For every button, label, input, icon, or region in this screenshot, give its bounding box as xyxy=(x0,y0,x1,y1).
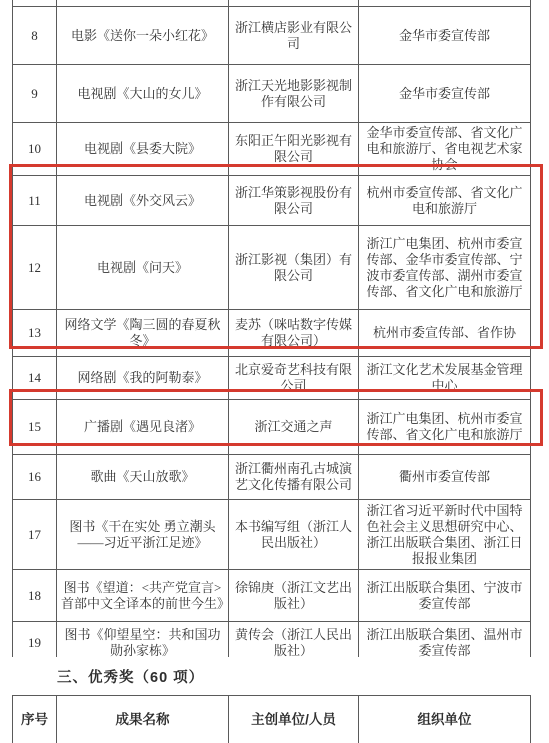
cell-no: 15 xyxy=(13,400,57,455)
table-row: 16 歌曲《天山放歌》 浙江衢州南孔古城演艺文化传播有限公司 衢州市委宣传部 xyxy=(13,455,531,500)
cell-org: 杭州市委宣传部、省作协 xyxy=(359,310,531,357)
cell-creator: 浙江衢州南孔古城演艺文化传播有限公司 xyxy=(229,455,359,500)
excellence-award-table: 序号 成果名称 主创单位/人员 组织单位 xyxy=(12,695,531,743)
table-row: 14 网络剧《我的阿勒泰》 北京爱奇艺科技有限公司 浙江文化艺术发展基金管理中心 xyxy=(13,357,531,400)
cell-creator: 东阳正午阳光影视有限公司 xyxy=(229,123,359,176)
table-row: 10 电视剧《县委大院》 东阳正午阳光影视有限公司 金华市委宣传部、省文化广电和… xyxy=(13,123,531,176)
cell-no: 10 xyxy=(13,123,57,176)
header-serial-number: 序号 xyxy=(13,696,57,743)
cell-creator: 徐锦庚（浙江文艺出版社） xyxy=(229,570,359,622)
cell-no: 11 xyxy=(13,176,57,226)
cell-no: 13 xyxy=(13,310,57,357)
cell-org: 浙江出版联合集团、宁波市委宣传部 xyxy=(359,570,531,622)
cell-creator: 浙江影视（集团）有限公司 xyxy=(229,226,359,310)
cell-work-name: 电视剧《外交风云》 xyxy=(57,176,229,226)
table-row-highlighted: 15 广播剧《遇见良渚》 浙江交通之声 浙江广电集团、杭州市委宣传部、省文化广电… xyxy=(13,400,531,455)
table-row: 19 图书《仰望星空：共和国功勋孙家栋》 黄传会（浙江人民出版社） 浙江出版联合… xyxy=(13,622,531,658)
cell-creator: 浙江天光地影影视制作有限公司 xyxy=(229,65,359,123)
table-row-highlighted: 11 电视剧《外交风云》 浙江华策影视股份有限公司 杭州市委宣传部、省文化广电和… xyxy=(13,176,531,226)
cell-org: 浙江文化艺术发展基金管理中心 xyxy=(359,357,531,400)
cell-creator: 本书编写组（浙江人民出版社） xyxy=(229,500,359,570)
cell-work-name: 广播剧《遇见良渚》 xyxy=(57,400,229,455)
cell-creator: 黄传会（浙江人民出版社） xyxy=(229,622,359,658)
section-heading-excellence-award: 三、优秀奖（60 项） xyxy=(57,666,204,687)
cell-org: 金华市委宣传部 xyxy=(359,7,531,65)
cell-creator: 浙江交通之声 xyxy=(229,400,359,455)
cell-work-name: 网络文学《陶三圆的春夏秋冬》 xyxy=(57,310,229,357)
cell-work-name: 图书《望道：<共产党宣言>首部中文全译本的前世今生》 xyxy=(57,570,229,622)
cell-org: 浙江省习近平新时代中国特色社会主义思想研究中心、浙江出版联合集团、浙江日报报业集… xyxy=(359,500,531,570)
cell-org: 浙江出版联合集团、温州市委宣传部 xyxy=(359,622,531,658)
cell-work-name: 电视剧《大山的女儿》 xyxy=(57,65,229,123)
table-row-highlighted: 13 网络文学《陶三圆的春夏秋冬》 麦苏（咪咕数字传媒有限公司） 杭州市委宣传部… xyxy=(13,310,531,357)
table-row: 17 图书《干在实处 勇立潮头——习近平浙江足迹》 本书编写组（浙江人民出版社）… xyxy=(13,500,531,570)
cell-work-name: 电视剧《问天》 xyxy=(57,226,229,310)
cell-creator: 麦苏（咪咕数字传媒有限公司） xyxy=(229,310,359,357)
cell-org: 浙江广电集团、杭州市委宣传部、金华市委宣传部、宁波市委宣传部、湖州市委宣传部、省… xyxy=(359,226,531,310)
cell-no: 12 xyxy=(13,226,57,310)
table-row: 18 图书《望道：<共产党宣言>首部中文全译本的前世今生》 徐锦庚（浙江文艺出版… xyxy=(13,570,531,622)
cell-no: 18 xyxy=(13,570,57,622)
document-page: { "colors":{"highlight_red":"#d53a2e","b… xyxy=(0,0,549,743)
cell-no: 16 xyxy=(13,455,57,500)
cell-org: 金华市委宣传部 xyxy=(359,65,531,123)
table-row-highlighted: 12 电视剧《问天》 浙江影视（集团）有限公司 浙江广电集团、杭州市委宣传部、金… xyxy=(13,226,531,310)
cell-work-name: 歌曲《天山放歌》 xyxy=(57,455,229,500)
table-row: 9 电视剧《大山的女儿》 浙江天光地影影视制作有限公司 金华市委宣传部 xyxy=(13,65,531,123)
table-header-row: 序号 成果名称 主创单位/人员 组织单位 xyxy=(13,696,531,743)
cell-work-name: 网络剧《我的阿勒泰》 xyxy=(57,357,229,400)
cell-no: 8 xyxy=(13,7,57,65)
awards-table-region: 8 电影《送你一朵小红花》 浙江横店影业有限公司 金华市委宣传部 9 电视剧《大… xyxy=(12,0,532,657)
header-organizing-unit: 组织单位 xyxy=(359,696,531,743)
cell-work-name: 电影《送你一朵小红花》 xyxy=(57,7,229,65)
cell-org: 浙江广电集团、杭州市委宣传部、省文化广电和旅游厅 xyxy=(359,400,531,455)
header-creator-unit: 主创单位/人员 xyxy=(229,696,359,743)
header-work-name: 成果名称 xyxy=(57,696,229,743)
awards-table: 8 电影《送你一朵小红花》 浙江横店影业有限公司 金华市委宣传部 9 电视剧《大… xyxy=(12,0,531,657)
cell-org: 杭州市委宣传部、省文化广电和旅游厅 xyxy=(359,176,531,226)
cell-work-name: 电视剧《县委大院》 xyxy=(57,123,229,176)
cell-creator: 北京爱奇艺科技有限公司 xyxy=(229,357,359,400)
cell-org: 金华市委宣传部、省文化广电和旅游厅、省电视艺术家协会 xyxy=(359,123,531,176)
cell-no: 9 xyxy=(13,65,57,123)
cell-creator: 浙江横店影业有限公司 xyxy=(229,7,359,65)
cell-creator: 浙江华策影视股份有限公司 xyxy=(229,176,359,226)
cell-work-name: 图书《仰望星空：共和国功勋孙家栋》 xyxy=(57,622,229,658)
cell-org: 衢州市委宣传部 xyxy=(359,455,531,500)
table-row: 8 电影《送你一朵小红花》 浙江横店影业有限公司 金华市委宣传部 xyxy=(13,7,531,65)
next-table-region: 序号 成果名称 主创单位/人员 组织单位 xyxy=(12,695,532,743)
cell-no: 19 xyxy=(13,622,57,658)
cell-no: 17 xyxy=(13,500,57,570)
cell-work-name: 图书《干在实处 勇立潮头——习近平浙江足迹》 xyxy=(57,500,229,570)
cell-no: 14 xyxy=(13,357,57,400)
